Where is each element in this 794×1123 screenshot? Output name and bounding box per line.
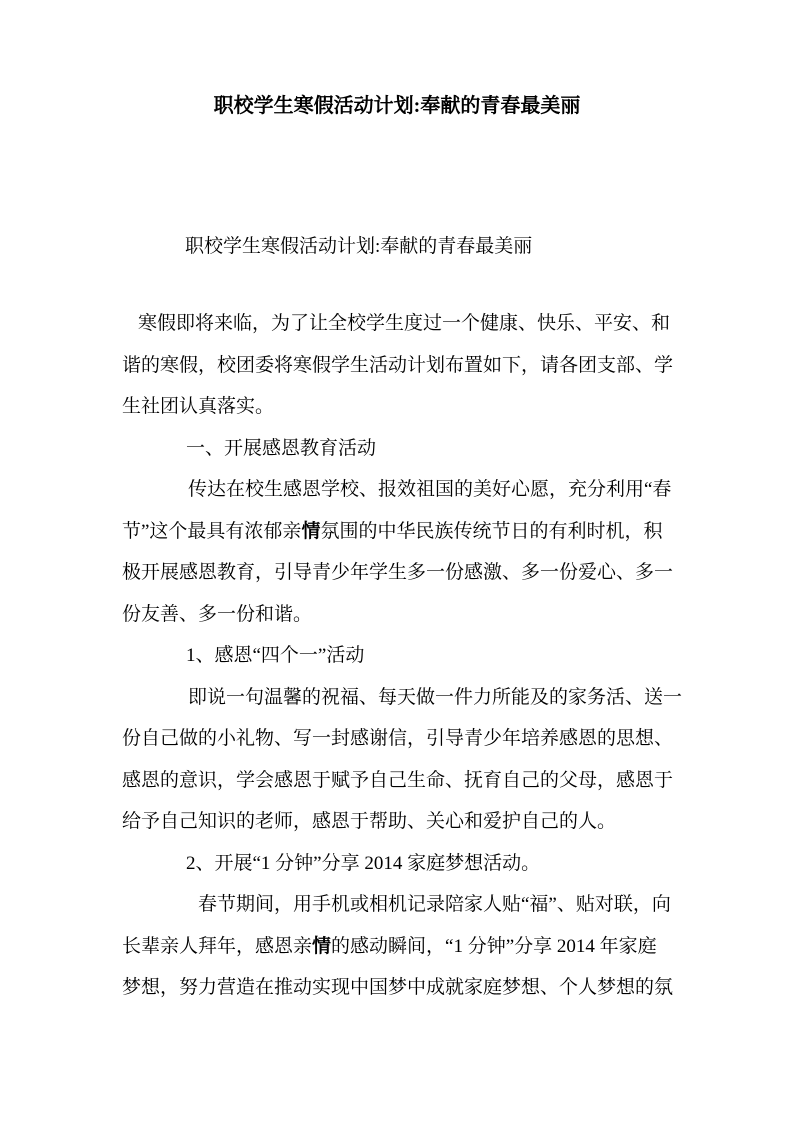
document-page: 职校学生寒假活动计划:奉献的青春最美丽 职校学生寒假活动计划:奉献的青春最美丽 … (0, 0, 794, 1123)
text-segment: 传达在校生感恩学校、报效祖国的美好心愿，充分利用“春 (188, 479, 671, 500)
document-title: 职校学生寒假活动计划:奉献的青春最美丽 (0, 96, 794, 116)
text-segment: 给予自己知识的老师，感恩于帮助、关心和爱护自己的人。 (122, 811, 616, 832)
paragraph-first-line: 即说一句温馨的祝福、每天做一件力所能及的家务活、送一 (122, 677, 682, 719)
paragraph-line: 感恩的意识，学会感恩于赋予自己生命、抚育自己的父母，感恩于 (122, 760, 682, 802)
text-segment: 梦想，努力营造在推动实现中国梦中成就家庭梦想、个人梦想的氛 (122, 977, 673, 998)
text-segment: 份自己做的小礼物、写一封感谢信，引导青少年培养感恩的思想、 (122, 728, 673, 749)
paragraph-line: 长辈亲人拜年，感恩亲情的感动瞬间，“1 分钟”分享 2014 年家庭 (122, 926, 682, 968)
text-segment: 2、开展“1 分钟”分享 2014 家庭梦想活动。 (186, 853, 540, 874)
document-body: 寒假即将来临，为了让全校学生度过一个健康、快乐、平安、和谐的寒假，校团委将寒假学… (122, 303, 682, 1009)
text-segment: 的感动瞬间，“1 分钟”分享 2014 年家庭 (331, 936, 657, 957)
paragraph-line: 谐的寒假，校团委将寒假学生活动计划布置如下，请各团支部、学 (122, 345, 682, 387)
paragraph-line: 梦想，努力营造在推动实现中国梦中成就家庭梦想、个人梦想的氛 (122, 967, 682, 1009)
text-segment: 谐的寒假，校团委将寒假学生活动计划布置如下，请各团支部、学 (122, 355, 673, 376)
heading-line: 2、开展“1 分钟”分享 2014 家庭梦想活动。 (122, 843, 682, 885)
text-segment: 即说一句温馨的祝福、每天做一件力所能及的家务活、送一 (188, 687, 682, 708)
document-subtitle: 职校学生寒假活动计划:奉献的青春最美丽 (185, 226, 532, 268)
paragraph-line: 份友善、多一份和谐。 (122, 594, 682, 636)
text-segment: 寒假即将来临，为了让全校学生度过一个健康、快乐、平安、和 (138, 313, 670, 334)
paragraph-first-line: 传达在校生感恩学校、报效祖国的美好心愿，充分利用“春 (122, 469, 682, 511)
text-segment: 感恩的意识，学会感恩于赋予自己生命、抚育自己的父母，感恩于 (122, 770, 673, 791)
heading-line: 一、开展感恩教育活动 (122, 428, 682, 470)
paragraph-line: 极开展感恩教育，引导青少年学生多一份感激、多一份爱心、多一 (122, 552, 682, 594)
paragraph-line: 节”这个最具有浓郁亲情氛围的中华民族传统节日的有利时机，积 (122, 511, 682, 553)
text-segment: 春节期间，用手机或相机记录陪家人贴“福”、贴对联，向 (198, 894, 671, 915)
paragraph-first-line: 春节期间，用手机或相机记录陪家人贴“福”、贴对联，向 (122, 884, 682, 926)
text-segment: 生社团认真落实。 (122, 396, 274, 417)
text-segment: 氛围的中华民族传统节日的有利时机，积 (320, 521, 662, 542)
heading-line: 1、感恩“四个一”活动 (122, 635, 682, 677)
text-segment: 长辈亲人拜年，感恩亲 (122, 936, 312, 957)
text-segment: 1、感恩“四个一”活动 (186, 645, 364, 666)
text-segment: 份友善、多一份和谐。 (122, 604, 312, 625)
paragraph-line: 份自己做的小礼物、写一封感谢信，引导青少年培养感恩的思想、 (122, 718, 682, 760)
bold-text-segment: 情 (312, 936, 331, 957)
paragraph-line: 生社团认真落实。 (122, 386, 682, 428)
bold-text-segment: 情 (301, 521, 320, 542)
paragraph-first-line: 寒假即将来临，为了让全校学生度过一个健康、快乐、平安、和 (122, 303, 682, 345)
text-segment: 极开展感恩教育，引导青少年学生多一份感激、多一份爱心、多一 (122, 562, 673, 583)
paragraph-line: 给予自己知识的老师，感恩于帮助、关心和爱护自己的人。 (122, 801, 682, 843)
text-segment: 一、开展感恩教育活动 (186, 438, 376, 459)
text-segment: 节”这个最具有浓郁亲 (122, 521, 301, 542)
